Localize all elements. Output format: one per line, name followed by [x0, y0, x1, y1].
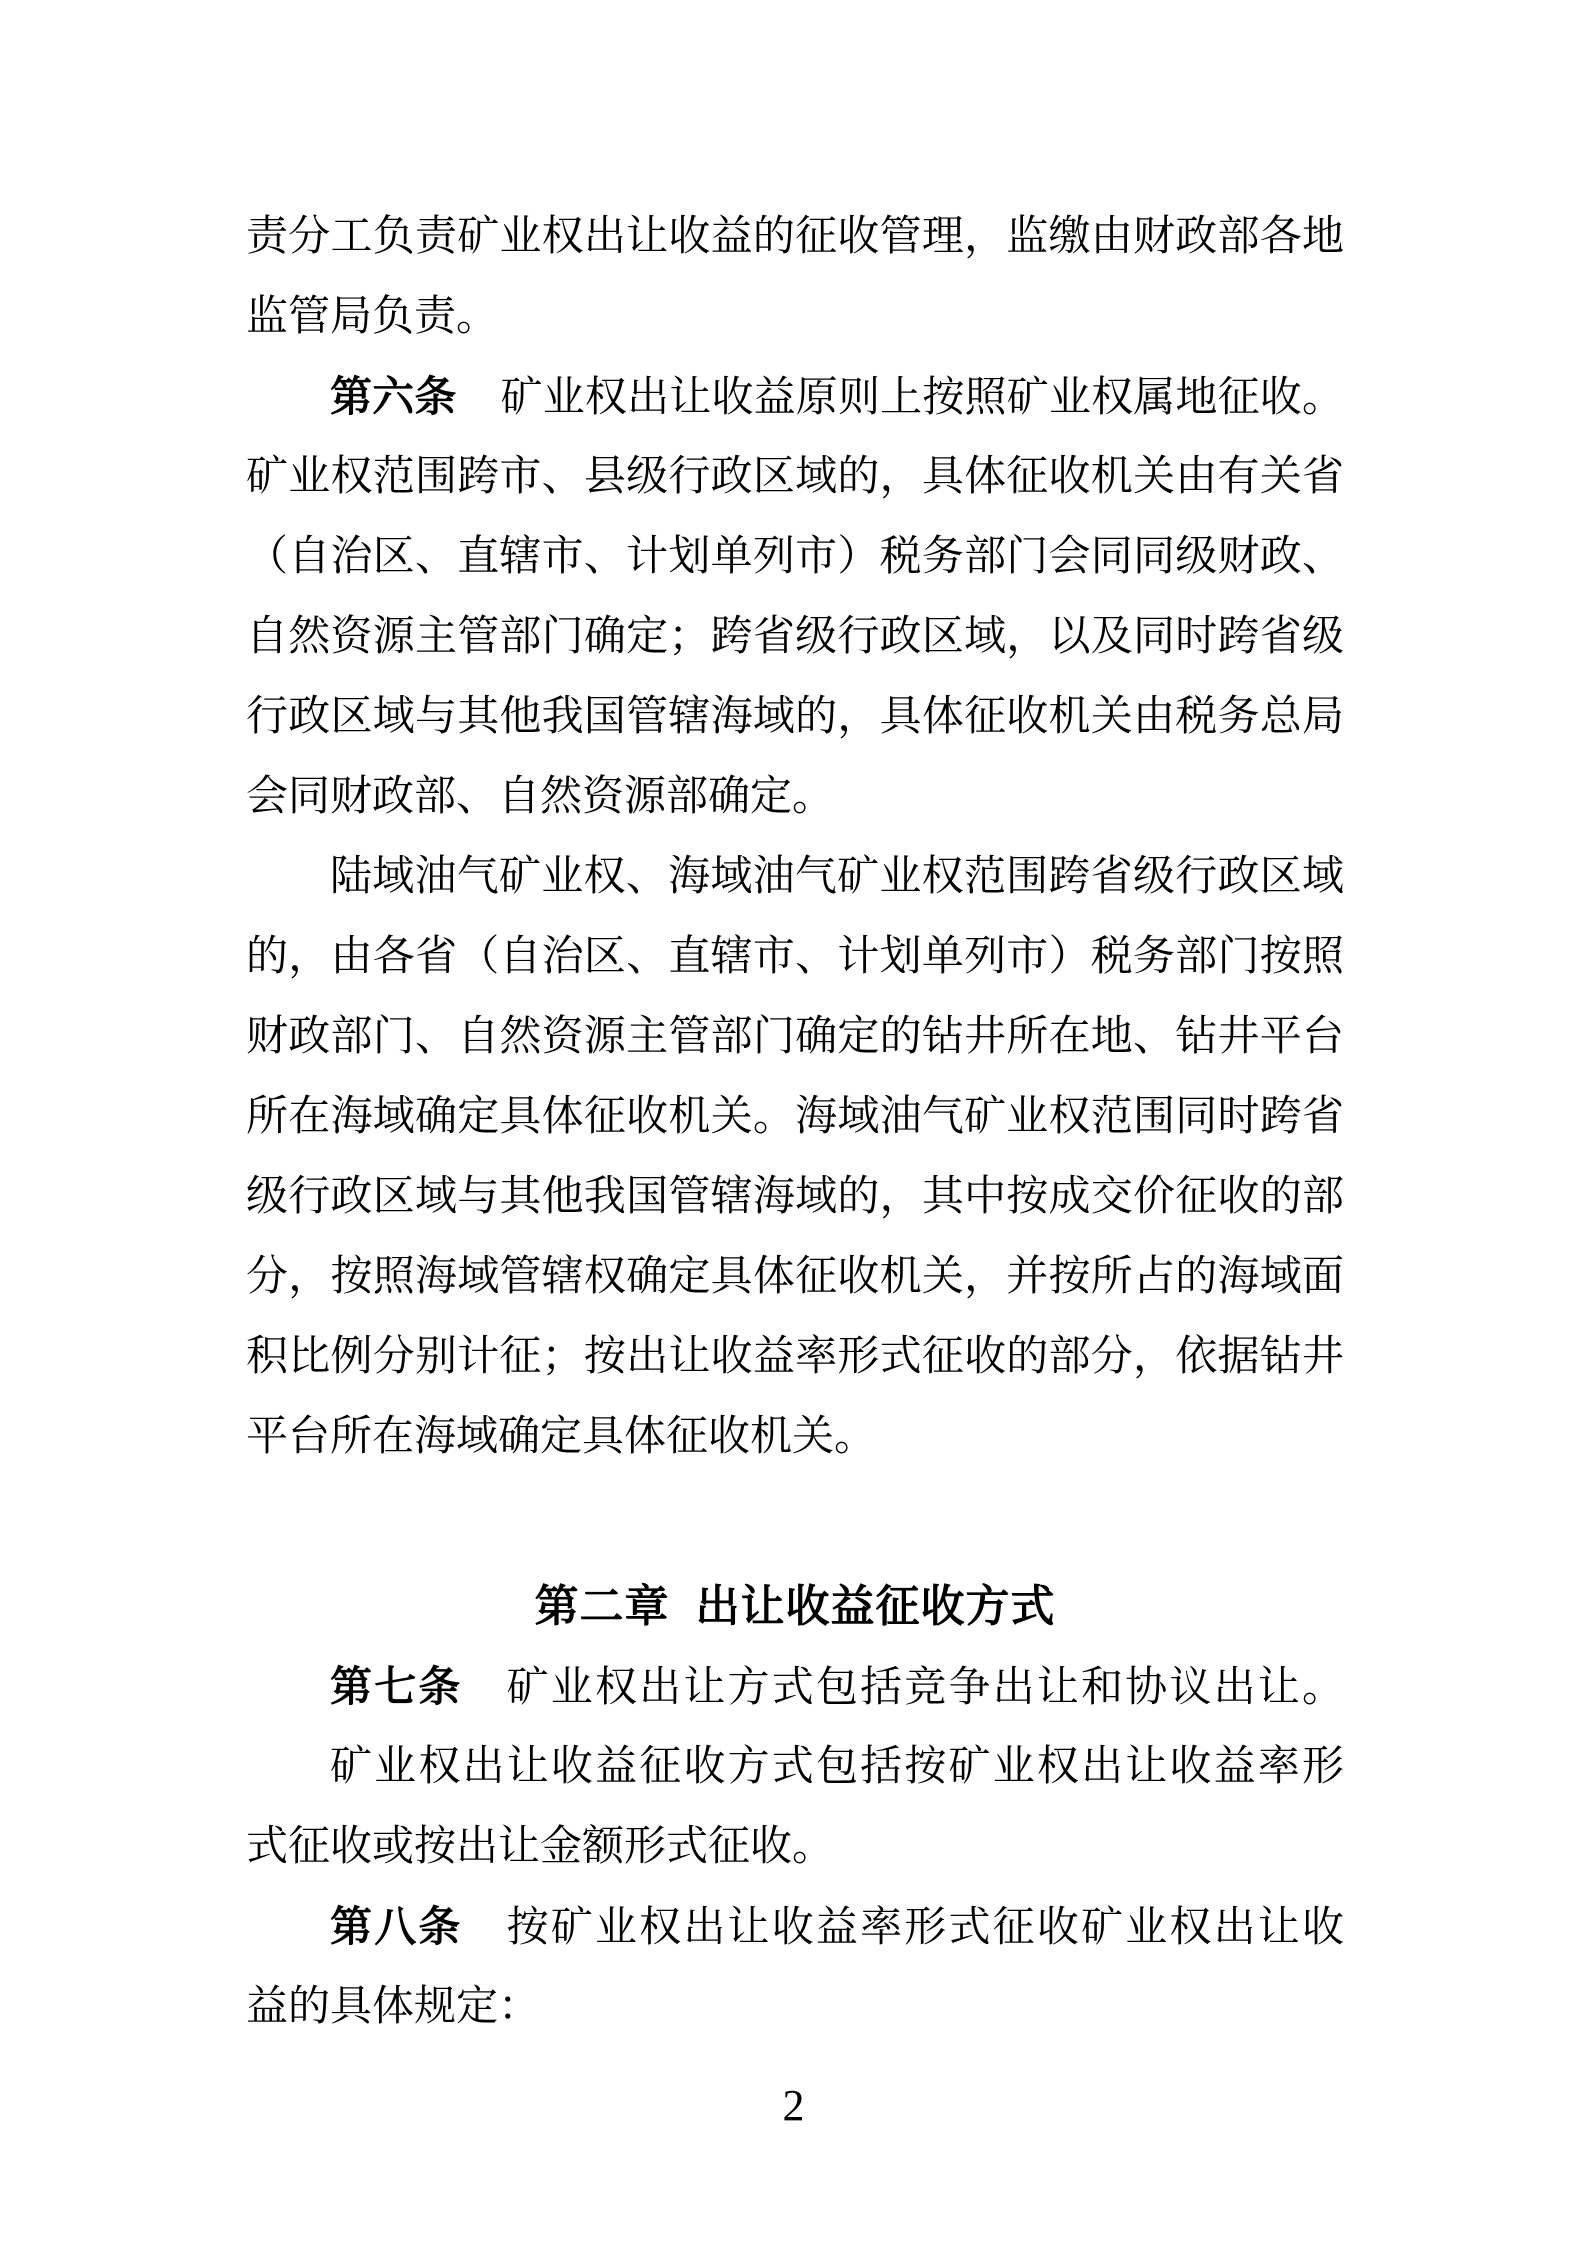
body-line: 积比例分别计征；按出让收益率形式征收的部分，依据钻井	[246, 1317, 1344, 1397]
body-line: 矿业权出让收益征收方式包括按矿业权出让收益率形	[246, 1727, 1344, 1807]
body-line: 式征收或按出让金额形式征收。	[246, 1807, 1344, 1887]
body-line: 第七条矿业权出让方式包括竞争出让和协议出让。	[246, 1647, 1344, 1727]
article-label: 第八条	[330, 1903, 463, 1950]
document-body: 责分工负责矿业权出让收益的征收管理，监缴由财政部各地 监管局负责。 第六条矿业权…	[246, 197, 1344, 2047]
body-line: 行政区域与其他我国管辖海域的，具体征收机关由税务总局	[246, 677, 1344, 757]
body-line: 级行政区域与其他我国管辖海域的，其中按成交价征收的部	[246, 1157, 1344, 1237]
body-line: （自治区、直辖市、计划单列市）税务部门会同同级财政、	[246, 517, 1344, 597]
chapter-title: 出让收益征收方式	[696, 1582, 1056, 1631]
body-line: 分，按照海域管辖权确定具体征收机关，并按所占的海域面	[246, 1237, 1344, 1317]
body-line: 第八条按矿业权出让收益率形式征收矿业权出让收	[246, 1887, 1344, 1967]
article-label: 第六条	[330, 373, 457, 420]
document-page: 责分工负责矿业权出让收益的征收管理，监缴由财政部各地 监管局负责。 第六条矿业权…	[0, 0, 1587, 2245]
body-line: 会同财政部、自然资源部确定。	[246, 757, 1344, 837]
chapter-heading: 第二章出让收益征收方式	[246, 1567, 1344, 1647]
body-line: 第六条矿业权出让收益原则上按照矿业权属地征收。	[246, 357, 1344, 437]
body-line: 平台所在海域确定具体征收机关。	[246, 1397, 1344, 1477]
body-line: 陆域油气矿业权、海域油气矿业权范围跨省级行政区域	[246, 837, 1344, 917]
page-number: 2	[0, 2066, 1587, 2146]
body-line: 监管局负责。	[246, 277, 1344, 357]
chapter-number: 第二章	[535, 1582, 670, 1631]
line-text: 矿业权出让收益原则上按照矿业权属地征收。	[501, 375, 1344, 421]
body-line: 益的具体规定：	[246, 1967, 1344, 2047]
body-line: 所在海域确定具体征收机关。海域油气矿业权范围同时跨省	[246, 1077, 1344, 1157]
body-line: 财政部门、自然资源主管部门确定的钻井所在地、钻井平台	[246, 997, 1344, 1077]
body-line: 矿业权范围跨市、县级行政区域的，具体征收机关由有关省	[246, 437, 1344, 517]
body-line: 责分工负责矿业权出让收益的征收管理，监缴由财政部各地	[246, 197, 1344, 277]
body-line: 的，由各省（自治区、直辖市、计划单列市）税务部门按照	[246, 917, 1344, 997]
line-text: 按矿业权出让收益率形式征收矿业权出让收	[507, 1905, 1344, 1951]
line-text: 矿业权出让方式包括竞争出让和协议出让。	[507, 1665, 1344, 1711]
article-label: 第七条	[330, 1663, 463, 1710]
body-line: 自然资源主管部门确定；跨省级行政区域，以及同时跨省级	[246, 597, 1344, 677]
